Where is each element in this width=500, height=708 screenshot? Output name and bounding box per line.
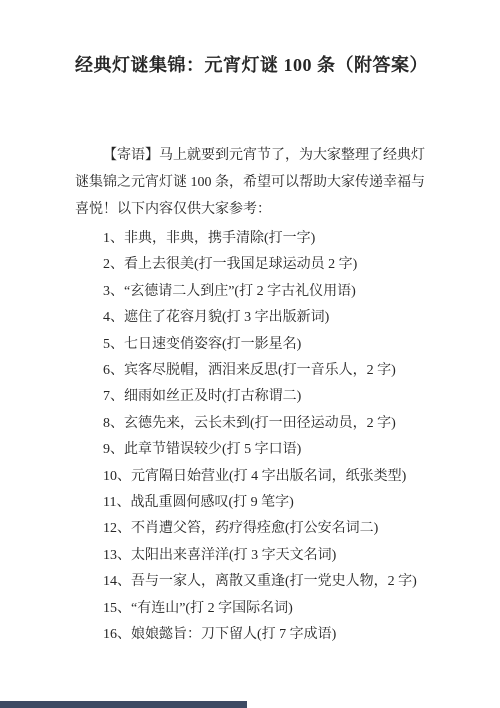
- riddle-item: 10、元宵隔日始营业(打 4 字出版名词，纸张类型): [75, 464, 428, 490]
- intro-paragraph: 【寄语】马上就要到元宵节了，为大家整理了经典灯 谜集锦之元宵灯谜 100 条，希…: [75, 142, 428, 223]
- riddle-item: 6、宾客尽脱帽，洒泪来反思(打一音乐人，2 字): [75, 358, 428, 384]
- riddle-item: 5、七日速变俏姿容(打一影星名): [75, 332, 428, 358]
- riddle-item: 9、此章节错误较少(打 5 字口语): [75, 437, 428, 463]
- document-page: 经典灯谜集锦：元宵灯谜 100 条（附答案） 【寄语】马上就要到元宵节了，为大家…: [0, 0, 500, 708]
- riddle-list: 1、非典，非典，携手清除(打一字) 2、看上去很美(打一我国足球运动员 2 字)…: [75, 226, 428, 649]
- page-title: 经典灯谜集锦：元宵灯谜 100 条（附答案）: [75, 50, 428, 80]
- riddle-item: 13、太阳出来喜洋洋(打 3 字天文名词): [75, 543, 428, 569]
- riddle-item: 11、战乱重圆何感叹(打 9 笔字): [75, 490, 428, 516]
- riddle-item: 16、娘娘懿旨：刀下留人(打 7 字成语): [75, 622, 428, 648]
- riddle-item: 7、细雨如丝正及时(打古称谓二): [75, 384, 428, 410]
- riddle-item: 12、不肖遭父笞，药疗得痊愈(打公安名词二): [75, 516, 428, 542]
- intro-line: 【寄语】马上就要到元宵节了，为大家整理了经典灯: [75, 142, 428, 169]
- riddle-item: 4、遮住了花容月貌(打 3 字出版新词): [75, 305, 428, 331]
- riddle-item: 8、玄德先来，云长未到(打一田径运动员，2 字): [75, 411, 428, 437]
- intro-line: 谜集锦之元宵灯谜 100 条，希望可以帮助大家传递幸福与: [75, 169, 428, 196]
- riddle-item: 2、看上去很美(打一我国足球运动员 2 字): [75, 252, 428, 278]
- riddle-item: 14、吾与一家人，离散又重逢(打一党史人物，2 字): [75, 569, 428, 595]
- riddle-item: 15、“有连山”(打 2 字国际名词): [75, 596, 428, 622]
- riddle-item: 3、“玄德请二人到庄”(打 2 字古礼仪用语): [75, 279, 428, 305]
- progress-bar[interactable]: [0, 701, 247, 708]
- riddle-item: 1、非典，非典，携手清除(打一字): [75, 226, 428, 252]
- intro-line: 喜悦！以下内容仅供大家参考：: [75, 196, 428, 223]
